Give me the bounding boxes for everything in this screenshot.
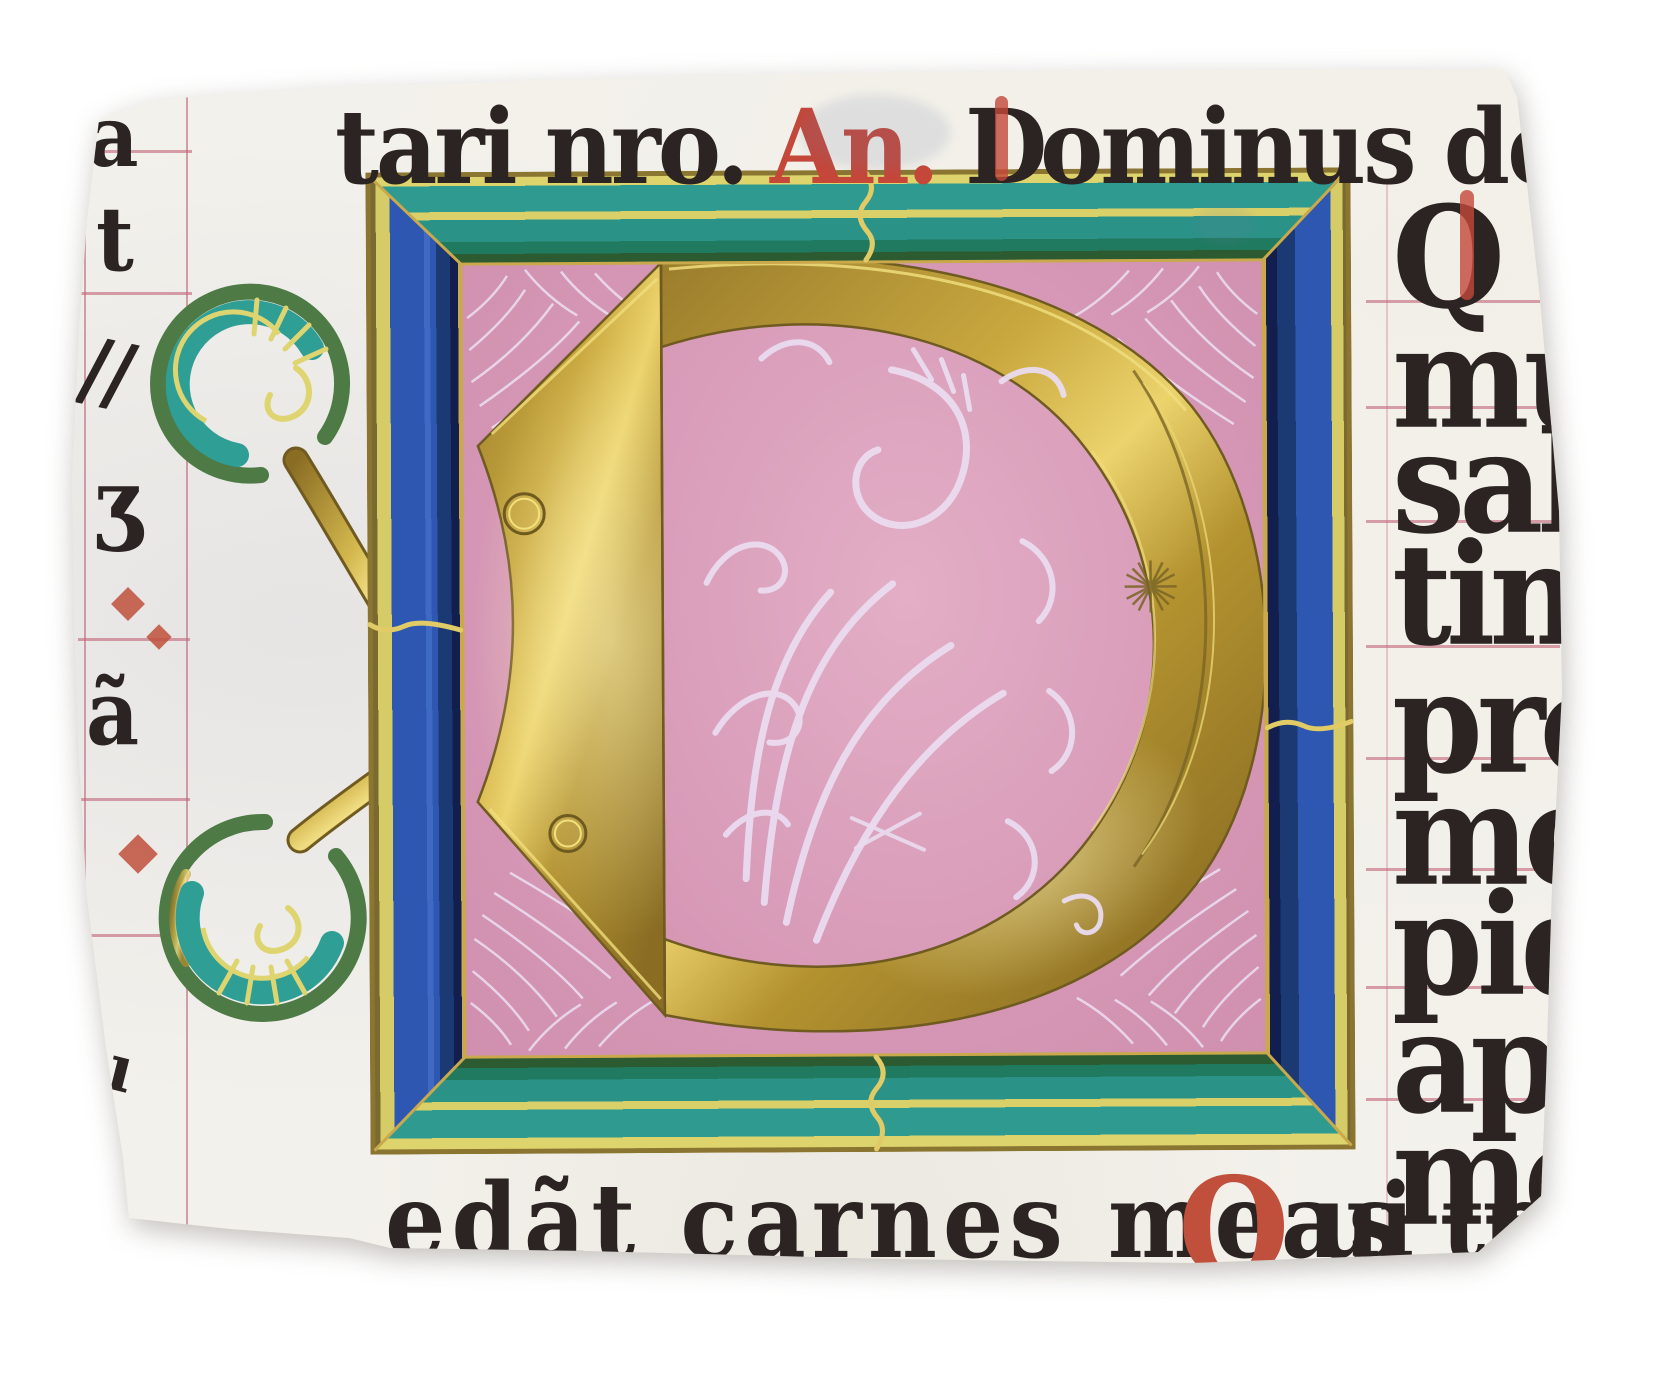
top-text-before: tari nro. bbox=[335, 88, 747, 208]
ruling-line-vertical bbox=[84, 100, 86, 1220]
ruling-line-vertical bbox=[1386, 182, 1388, 1238]
gold-squiggle-flourish bbox=[367, 169, 1353, 1151]
frame-goldwork-lines bbox=[365, 167, 1355, 1154]
bottom-text-after: ui tri bbox=[1312, 1162, 1562, 1282]
rubrication-stroke bbox=[1460, 190, 1474, 300]
illumination-frame bbox=[365, 167, 1355, 1154]
rubrication-stroke bbox=[995, 96, 1008, 181]
spiral-curl-lower bbox=[167, 822, 359, 1014]
spiral-curl-upper bbox=[158, 292, 342, 476]
ink-showthrough bbox=[1195, 205, 1255, 245]
ink-showthrough bbox=[800, 95, 950, 170]
top-text-after: ominus defe bbox=[1040, 88, 1660, 208]
manuscript-fragment: a t // ʒ ã ı bbox=[0, 0, 1680, 1382]
margin-letter-fragment: a bbox=[88, 88, 136, 186]
red-versal-initial: Q bbox=[1178, 1148, 1287, 1310]
photo-backdrop: a t // ʒ ã ı bbox=[0, 0, 1680, 1382]
margin-letter-fragment: t bbox=[96, 188, 131, 292]
